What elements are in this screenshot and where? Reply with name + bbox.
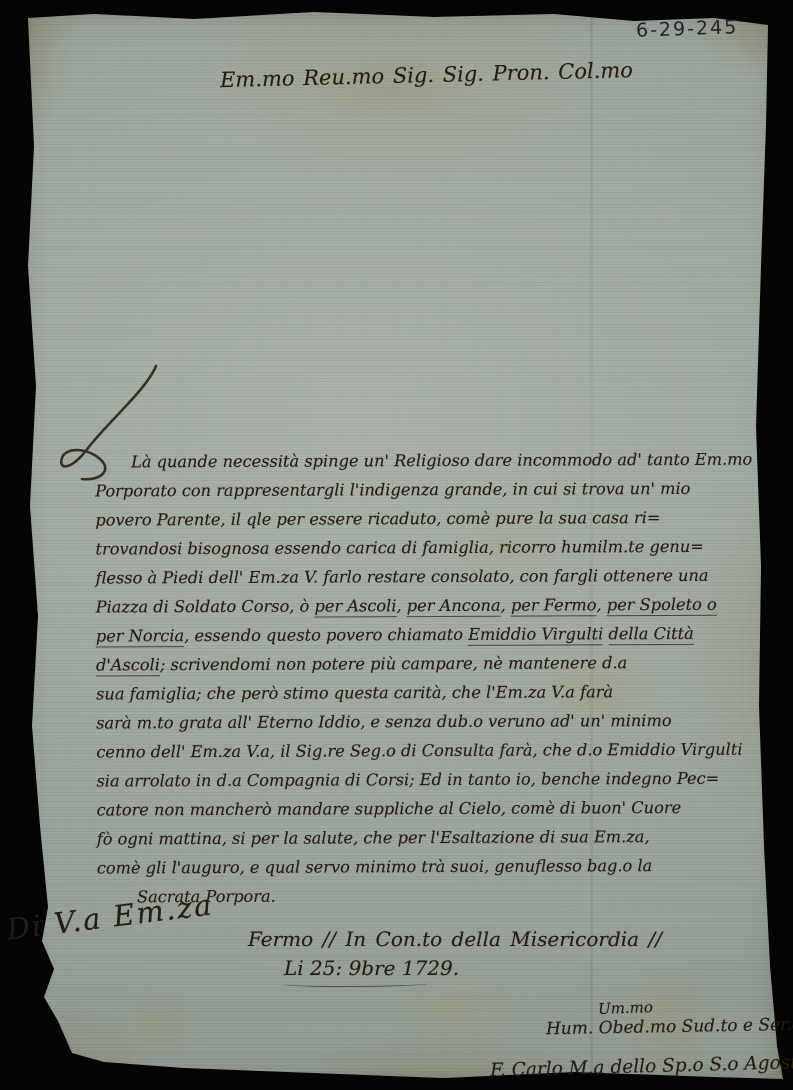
body-line: cenno dell' Em.za V.a, il Sig.re Seg.o d…	[96, 735, 782, 767]
body-line-segment: Là quande necessità spinge un' Religioso…	[131, 450, 752, 472]
body-line-segment: ,	[596, 595, 606, 614]
date-line: Li 25: 9bre 1729.	[284, 956, 459, 987]
body-line-segment: per Fermo	[511, 595, 597, 616]
body-line-segment: per Ancona	[407, 596, 501, 617]
letter-photograph: 6-29-245 Em.mo Reu.mo Sig. Sig. Pron. Co…	[0, 0, 793, 1090]
body-line-segment: flesso à Piedi dell' Em.za V. farlo rest…	[96, 566, 709, 588]
body-line-segment: sarà m.to grata all' Eterno Iddio, e sen…	[96, 711, 671, 733]
body-line: flesso à Piedi dell' Em.za V. farlo rest…	[95, 561, 781, 593]
body-line: Là quande necessità spinge un' Religioso…	[95, 445, 781, 477]
body-line-segment: sua famiglia; che però stimo questa cari…	[96, 682, 613, 703]
body-line: comè gli l'auguro, e qual servo minimo t…	[97, 851, 783, 883]
body-line-segment: della Città	[608, 624, 693, 645]
stain	[110, 992, 210, 1062]
body-line-segment: per Ascoli	[314, 596, 396, 617]
body-line: d'Ascoli; scrivendomi non potere più cam…	[96, 648, 782, 680]
body-line-segment: trovandosi bisognosa essendo carica di f…	[95, 537, 703, 559]
place-line: Fermo // In Con.to della Misericordia //	[248, 927, 662, 951]
body-line-segment: , essendo questo povero chiamato	[184, 625, 468, 645]
archival-reference-number: 6-29-245	[636, 16, 739, 42]
body-line-segment: per Spoleto o	[607, 595, 717, 616]
body-line-segment: Emiddio Virgulti	[468, 624, 603, 646]
body-line: catore non mancherò mandare suppliche al…	[97, 793, 783, 825]
body-line-segment	[603, 624, 608, 643]
body-line-segment: Porporato con rappresentargli l'indigenz…	[95, 479, 690, 501]
body-line: sua famiglia; che però stimo questa cari…	[96, 677, 782, 709]
body-line-segment: comè gli l'auguro, e qual servo minimo t…	[97, 856, 653, 877]
body-line: per Norcia, essendo questo povero chiama…	[96, 619, 782, 651]
signature-honorific-superscript: Um.mo	[598, 998, 653, 1018]
body-line: sarà m.to grata all' Eterno Iddio, e sen…	[96, 706, 782, 738]
signature-honorific-line: Hum. Obed.mo Sud.to e Ser.o	[546, 1015, 793, 1039]
body-line-segment: per Norcia	[96, 626, 184, 647]
letter-body: Là quande necessità spinge un' Religioso…	[95, 445, 783, 912]
body-line-segment: ; scrivendomi non potere più campare, nè…	[160, 653, 627, 674]
body-line: fò ogni mattina, si per la salute, che p…	[97, 822, 783, 854]
body-line-segment: ,	[396, 596, 406, 615]
body-line-segment: cenno dell' Em.za V.a, il Sig.re Seg.o d…	[96, 740, 742, 762]
body-line-segment: d'Ascoli	[96, 655, 160, 676]
body-line: trovandosi bisognosa essendo carica di f…	[95, 532, 781, 564]
body-line-segment: sia arrolato in d.a Compagnia di Corsi; …	[96, 769, 719, 791]
body-line-segment: Piazza di Soldato Corso, ò	[96, 597, 315, 617]
body-line-segment: fò ogni mattina, si per la salute, che p…	[97, 827, 650, 848]
body-line: povero Parente, il qle per essere ricadu…	[95, 503, 781, 535]
body-line-segment: catore non mancherò mandare suppliche al…	[97, 798, 682, 820]
body-line-segment: ,	[501, 596, 511, 615]
body-line: Piazza di Soldato Corso, ò per Ascoli, p…	[96, 590, 782, 622]
body-line: sia arrolato in d.a Compagnia di Corsi; …	[96, 764, 782, 796]
body-line-segment: povero Parente, il qle per essere ricadu…	[95, 508, 660, 529]
body-line: Porporato con rappresentargli l'indigenz…	[95, 474, 781, 506]
